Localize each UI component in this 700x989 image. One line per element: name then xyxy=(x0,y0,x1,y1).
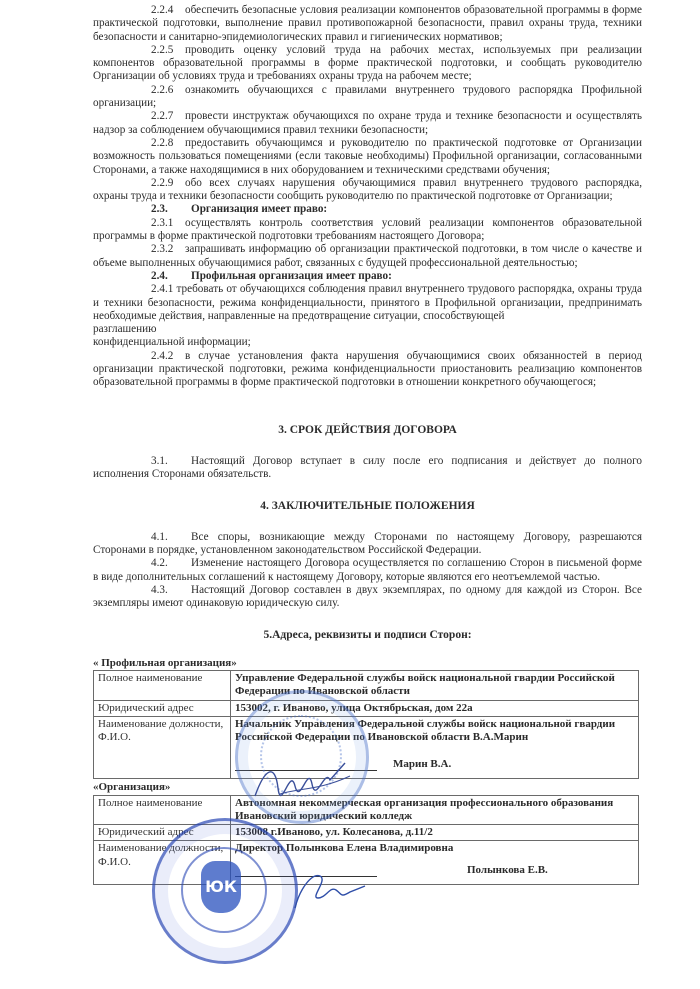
position-text: Начальник Управления Федеральной службы … xyxy=(235,718,634,744)
clause-2-2-8: 2.2.8предоставить обучающимся и руководи… xyxy=(93,137,642,177)
signer-name: Марин В.А. xyxy=(393,758,451,771)
row-value: Автономная некоммерческая организация пр… xyxy=(231,795,639,824)
organization-table: Полное наименование Автономная некоммерч… xyxy=(93,795,639,885)
table-row: Полное наименование Автономная некоммерч… xyxy=(94,795,639,824)
row-value: Директор Полынкова Елена Владимировна По… xyxy=(231,841,639,884)
table-row: Юридический адрес 153008 г.Иваново, ул. … xyxy=(94,825,639,841)
spacer xyxy=(93,642,642,655)
document-page: 2.2.4обеспечить безопасные условия реали… xyxy=(0,0,700,989)
spacer xyxy=(93,482,642,500)
spacer xyxy=(93,513,642,531)
profile-org-table: Полное наименование Управление Федеральн… xyxy=(93,670,639,779)
row-label: Наименование должности, Ф.И.О. xyxy=(94,716,231,779)
row-label: Полное наименование xyxy=(94,671,231,700)
row-value: 153002, г. Иваново, улица Октябрьская, д… xyxy=(231,700,639,716)
clause-4-1: 4.1.Все споры, возникающие между Сторона… xyxy=(93,531,642,558)
clause-2-4-1-line3: конфиденциальной информации; xyxy=(93,336,642,349)
row-label: Юридический адрес xyxy=(94,825,231,841)
clause-2-3-1: 2.3.1осуществлять контроль соответствия … xyxy=(93,217,642,244)
clause-2-4-1-line2: разглашению xyxy=(93,323,642,336)
section-3-title: 3. СРОК ДЕЙСТВИЯ ДОГОВОРА xyxy=(93,424,642,437)
row-value: 153008 г.Иваново, ул. Колесанова, д.11/2 xyxy=(231,825,639,841)
row-value: Управление Федеральной службы войск наци… xyxy=(231,671,639,700)
row-label: Юридический адрес xyxy=(94,700,231,716)
signer-name: Полынкова Е.В. xyxy=(467,864,548,877)
clause-2-2-6: 2.2.6ознакомить обучающихся с правилами … xyxy=(93,84,642,111)
row-value: Начальник Управления Федеральной службы … xyxy=(231,716,639,779)
table-row: Полное наименование Управление Федеральн… xyxy=(94,671,639,700)
clause-2-4-1: 2.4.1 требовать от обучающихся соблюдени… xyxy=(93,283,642,323)
organization-label: «Организация» xyxy=(93,781,642,794)
clause-2-2-5: 2.2.5проводить оценку условий труда на р… xyxy=(93,44,642,84)
clause-2-2-4: 2.2.4обеспечить безопасные условия реали… xyxy=(93,4,642,44)
table-row: Наименование должности, Ф.И.О. Директор … xyxy=(94,841,639,884)
table-row: Юридический адрес 153002, г. Иваново, ул… xyxy=(94,700,639,716)
spacer xyxy=(93,611,642,629)
section-4-title: 4. ЗАКЛЮЧИТЕЛЬНЫЕ ПОЛОЖЕНИЯ xyxy=(93,500,642,513)
subsection-2-4-heading: 2.4.Профильная организация имеет право: xyxy=(93,270,642,283)
spacer xyxy=(93,437,642,455)
clause-4-2: 4.2.Изменение настоящего Договора осущес… xyxy=(93,557,642,584)
spacer xyxy=(93,390,642,424)
clause-2-4-2: 2.4.2в случае установления факта нарушен… xyxy=(93,350,642,390)
clause-2-2-7: 2.2.7провести инструктаж обучающихся по … xyxy=(93,110,642,137)
clause-2-2-9: 2.2.9обо всех случаях нарушения обучающи… xyxy=(93,177,642,204)
document-content: 2.2.4обеспечить безопасные условия реали… xyxy=(93,4,642,885)
table-row: Наименование должности, Ф.И.О. Начальник… xyxy=(94,716,639,779)
clause-3-1: 3.1.Настоящий Договор вступает в силу по… xyxy=(93,455,642,482)
row-label: Полное наименование xyxy=(94,795,231,824)
clause-2-3-2: 2.3.2запрашивать информацию об организац… xyxy=(93,243,642,270)
signature-line xyxy=(235,866,377,877)
clause-4-3: 4.3.Настоящий Договор составлен в двух э… xyxy=(93,584,642,611)
signature-row: Марин В.А. xyxy=(235,758,634,777)
signature-line xyxy=(235,760,377,771)
section-5-title: 5.Адреса, реквизиты и подписи Сторон: xyxy=(93,629,642,642)
signature-row: Полынкова Е.В. xyxy=(235,864,634,883)
position-text: Директор Полынкова Елена Владимировна xyxy=(235,842,634,855)
row-label: Наименование должности, Ф.И.О. xyxy=(94,841,231,884)
profile-org-label: « Профильная организация» xyxy=(93,657,642,670)
subsection-2-3-heading: 2.3.Организация имеет право: xyxy=(93,203,642,216)
